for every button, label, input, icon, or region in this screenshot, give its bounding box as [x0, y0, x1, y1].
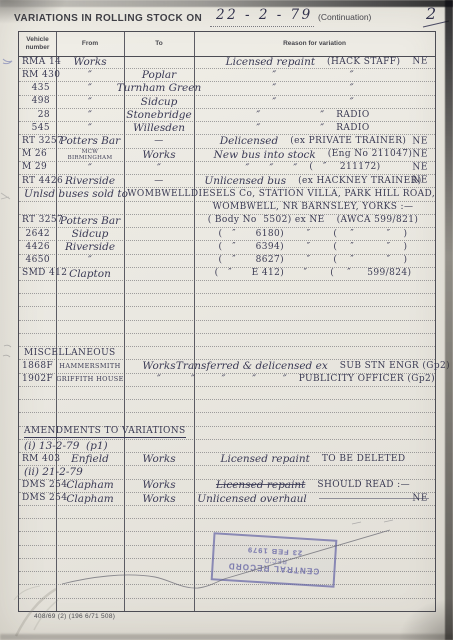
table-cell: ″ — [56, 122, 124, 134]
table-cell: Riverside — [56, 175, 124, 187]
table-row — [19, 599, 435, 611]
table-row: 545″Willesden″ ″RADIO — [19, 122, 435, 135]
table-cell: Stonebridge — [124, 109, 194, 121]
table-row: Unlsd buses sold toWOMBWELLDIESELS Co, S… — [19, 188, 435, 201]
table-cell: (i) 13-2-79 (p1) — [24, 440, 192, 452]
table-row: 4426Riverside( ″ 6394) ″ ( ″ ″ ) — [19, 241, 435, 254]
table-row: M 26MCWBIRMINGHAMWorksNew bus into stock… — [19, 149, 435, 162]
table-cell: MCWBIRMINGHAM — [56, 149, 124, 161]
table-row — [19, 321, 435, 334]
table-row: RT 3257Potters Bar( Body No 5502) ex NE(… — [19, 215, 435, 228]
table-cell: RT 3257 — [19, 135, 56, 147]
table-cell: ″ — [124, 374, 194, 386]
table-row — [19, 506, 435, 519]
office-stamp: CENTRAL RECORD REC'D. 23 FEB 1979 — [211, 532, 338, 587]
table-cell: 2642 — [19, 228, 56, 240]
stamp-line1: CENTRAL RECORD — [227, 561, 319, 576]
table-cell: — — [124, 135, 194, 147]
table-cell: — — [124, 175, 194, 187]
table-cell: ( ″ 8627) ″ ( ″ ″ ) — [194, 255, 432, 267]
table-body: RMA 14WorksLicensed repaint(HACK STAFF)N… — [19, 56, 435, 611]
table-cell: HAMMERSMITH — [56, 360, 124, 372]
table-cell: Licensed repaintSHOULD READ :— — [194, 480, 432, 492]
table-cell: DIESELS Co, STATION VILLA, PARK HILL ROA… — [194, 188, 432, 200]
table-row — [19, 400, 435, 413]
form-reference: 408/69 (2) (196 6/71 508) — [34, 613, 115, 620]
table-cell: ″ — [56, 255, 124, 267]
table-cell: 1868F — [19, 360, 56, 372]
table-cell: RM 430 — [19, 69, 56, 81]
table-cell: Enfield — [56, 453, 124, 465]
table-row — [19, 334, 435, 347]
table-row: AMENDMENTS TO VARIATIONS — [19, 427, 435, 440]
table-cell: WOMBWELL — [124, 188, 194, 200]
stamp-line3: 23 FEB 1979 — [247, 545, 303, 557]
col-header-vehicle: Vehicle number — [19, 36, 56, 52]
table-cell: RM 403 — [19, 453, 56, 465]
table-cell: 1902F — [19, 374, 56, 386]
table-cell: ″ ″ — [194, 96, 432, 108]
table-cell: Clapton — [56, 268, 124, 280]
table-row — [19, 387, 435, 400]
table-cell: 28 — [19, 109, 56, 121]
table-row: M 29″″″ ″ ″( ″ 211172)NE — [19, 162, 435, 175]
table-row — [19, 294, 435, 307]
table-cell: Clapham — [56, 480, 124, 492]
table-row: (ii) 21-2-79 — [19, 466, 435, 479]
table-row: (i) 13-2-79 (p1) — [19, 440, 435, 453]
table-row: 435″Turnham Green″ ″ — [19, 82, 435, 95]
table-cell: DMS 254 — [19, 493, 56, 505]
table-row: RMA 14WorksLicensed repaint(HACK STAFF)N… — [19, 56, 435, 69]
table-cell: 545 — [19, 122, 56, 134]
table-cell: ″ — [56, 96, 124, 108]
table-cell: M 26 — [19, 149, 56, 161]
table-row — [19, 519, 435, 532]
table-cell: ″ ″ — [194, 82, 432, 94]
table-row: WOMBWELL, NR BARNSLEY, YORKS :— — [19, 202, 435, 215]
table-cell: Works — [124, 453, 194, 465]
table-cell: RT 3257 — [19, 215, 56, 227]
table-row: MISCELLANEOUS — [19, 347, 435, 360]
table-cell: 4426 — [19, 241, 56, 253]
table-cell: Licensed repaintTO BE DELETED — [194, 453, 432, 465]
table-row: 28″Stonebridge″ ″RADIO — [19, 109, 435, 122]
table-header: Vehicle number From To Reason for variat… — [19, 32, 435, 57]
table-row: DMS 254ClaphamWorksLicensed repaintSHOUL… — [19, 480, 435, 493]
table-row: 4650″( ″ 8627) ″ ( ″ ″ ) — [19, 255, 435, 268]
table-row — [19, 281, 435, 294]
table-row: 1868FHAMMERSMITHWorksTransferred & delic… — [19, 360, 435, 373]
scan-edge-bottom — [0, 634, 453, 640]
table-cell: Sidcup — [124, 96, 194, 108]
table-cell: Works — [56, 56, 124, 68]
table-cell: Willesden — [124, 122, 194, 134]
table-cell: 498 — [19, 96, 56, 108]
table-cell: ( Body No 5502) ex NE(AWCA 599/821) — [194, 215, 432, 227]
table-cell: ″ ″RADIO — [194, 122, 432, 134]
table-cell: Works — [124, 493, 194, 505]
table-row: RT 4426Riverside—Unlicensed bus(ex HACKN… — [19, 175, 435, 188]
table-cell: Unlicensed bus(ex HACKNEY TRAINER)NE — [194, 175, 432, 187]
table-row — [19, 413, 435, 426]
rolling-stock-table: Vehicle number From To Reason for variat… — [18, 31, 436, 612]
table-cell: 4650 — [19, 255, 56, 267]
table-cell: New bus into stock(Eng No 211047)NE — [194, 149, 432, 161]
table-cell: ″ ″ ″ ″PUBLICITY OFFICER (Gp2) — [194, 374, 432, 386]
table-row: 2642Sidcup( ″ 6180) ″ ( ″ ″ ) — [19, 228, 435, 241]
table-cell: RT 4426 — [19, 175, 56, 187]
col-header-from: From — [56, 40, 124, 48]
table-cell: SMD 412 — [19, 268, 56, 280]
table-cell: 435 — [19, 82, 56, 94]
table-cell: Riverside — [56, 241, 124, 253]
table-cell: Unlicensed overhaulNE — [194, 493, 432, 505]
table-cell: Works — [124, 149, 194, 161]
scanned-page: VARIATIONS IN ROLLING STOCK ON 22 - 2 - … — [0, 0, 453, 640]
table-cell: Sidcup — [56, 228, 124, 240]
table-cell: ″ — [124, 162, 194, 174]
table-cell: WOMBWELL, NR BARNSLEY, YORKS :— — [194, 202, 432, 214]
table-cell: Potters Bar — [56, 135, 124, 147]
table-cell: Licensed repaint(HACK STAFF)NE — [194, 56, 432, 68]
table-cell: ″ — [56, 82, 124, 94]
table-row: 498″Sidcup″ ″ — [19, 96, 435, 109]
table-cell: ″ — [56, 162, 124, 174]
table-row: RT 3257Potters Bar—Delicensed(ex PRIVATE… — [19, 135, 435, 148]
col-header-to: To — [124, 40, 194, 48]
date-handwritten: 22 - 2 - 79 — [216, 7, 313, 23]
date-underline — [210, 26, 314, 27]
table-cell: M 29 — [19, 162, 56, 174]
continuation-label: (Continuation) — [318, 12, 371, 22]
table-cell: Potters Bar — [56, 215, 124, 227]
table-row: RM 430″Poplar″ ″ — [19, 69, 435, 82]
table-cell: ″ — [56, 69, 124, 81]
table-cell: MISCELLANEOUS — [24, 347, 192, 359]
table-row: SMD 412Clapton( ″ E 412) ″ ( ″ 599/824) — [19, 268, 435, 281]
table-cell: Transferred & delicensed exSUB STN ENGR … — [194, 360, 432, 372]
table-cell: ″ ″ ″( ″ 211172)NE — [194, 162, 432, 174]
table-cell: AMENDMENTS TO VARIATIONS — [24, 427, 192, 439]
table-cell: DMS 254 — [19, 480, 56, 492]
table-cell: ″ ″RADIO — [194, 109, 432, 121]
table-cell: ( ″ 6394) ″ ( ″ ″ ) — [194, 241, 432, 253]
table-cell: Poplar — [124, 69, 194, 81]
scan-edge-top — [0, 0, 453, 7]
table-cell: (ii) 21-2-79 — [24, 466, 192, 478]
table-row: RM 403EnfieldWorksLicensed repaintTO BE … — [19, 453, 435, 466]
table-row: DMS 254ClaphamWorksUnlicensed overhaulNE — [19, 493, 435, 506]
table-cell: Delicensed(ex PRIVATE TRAINER)NE — [194, 135, 432, 147]
table-cell: Clapham — [56, 493, 124, 505]
table-cell: ″ ″ — [194, 69, 432, 81]
table-cell: GRIFFITH HOUSE — [56, 374, 124, 386]
table-cell: Turnham Green — [124, 82, 194, 94]
table-cell: Works — [124, 480, 194, 492]
table-cell: RMA 14 — [19, 56, 56, 68]
table-row — [19, 585, 435, 598]
table-row — [19, 307, 435, 320]
table-cell: ″ — [56, 109, 124, 121]
table-cell: ( ″ 6180) ″ ( ″ ″ ) — [194, 228, 432, 240]
scan-edge-right — [445, 0, 453, 640]
col-header-reason: Reason for variation — [194, 40, 435, 48]
table-cell: ( ″ E 412) ″ ( ″ 599/824) — [194, 268, 432, 280]
table-row: 1902FGRIFFITH HOUSE″″ ″ ″ ″PUBLICITY OFF… — [19, 374, 435, 387]
